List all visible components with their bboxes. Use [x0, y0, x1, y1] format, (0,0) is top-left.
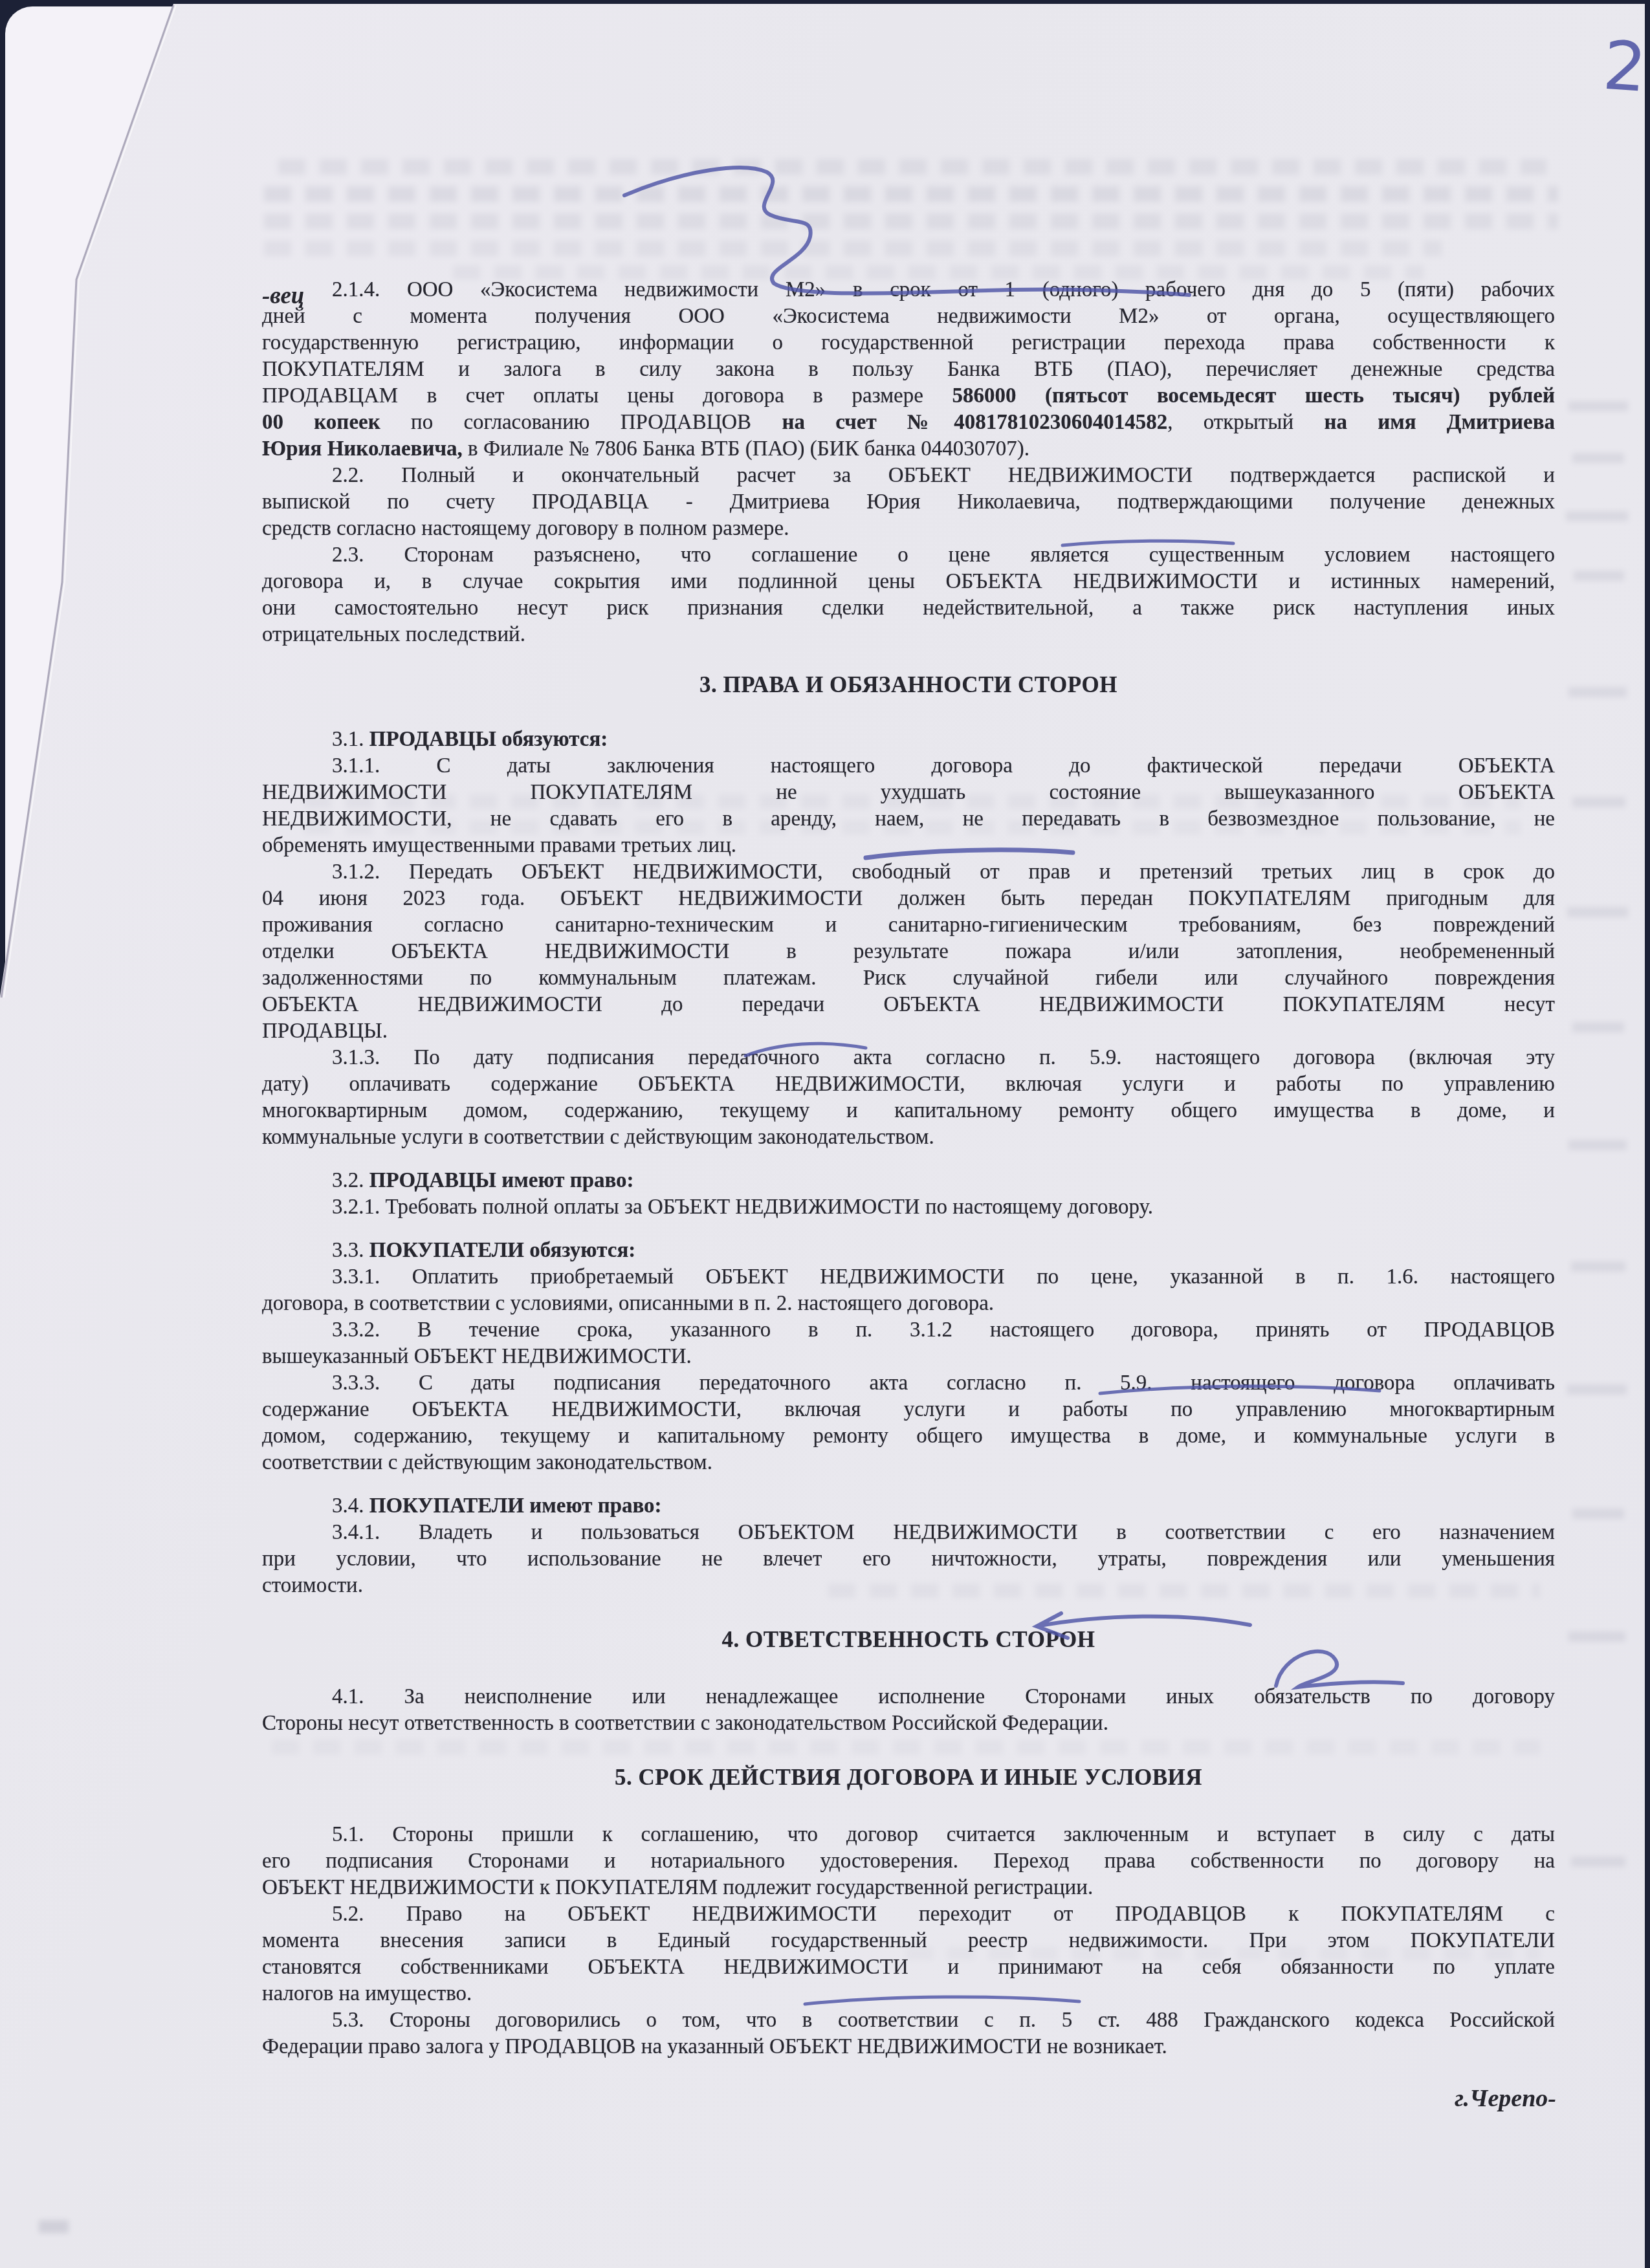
- margin-smudge: [1572, 1509, 1624, 1519]
- margin-smudge: [1572, 453, 1624, 463]
- clause-5-1: 5.1. Стороны пришли к соглашению, что до…: [262, 1822, 1555, 1901]
- margin-smudge: [1568, 401, 1628, 411]
- clause-3-1-3: 3.1.3. По дату подписания передаточного …: [262, 1045, 1555, 1151]
- clause-3-3-3: 3.3.3. С даты подписания передаточного а…: [262, 1370, 1555, 1476]
- clause-3-4-heading: 3.4. ПОКУПАТЕЛИ имеют право:: [262, 1493, 1555, 1520]
- bleed-through-ghost: [264, 241, 1442, 256]
- clause-3-3-2: 3.3.2. В течение срока, указанного в п. …: [262, 1317, 1555, 1370]
- margin-smudge: [1567, 1384, 1627, 1395]
- section-4-heading: 4. ОТВЕТСТВЕННОСТЬ СТОРОН: [262, 1626, 1555, 1653]
- clause-2-1-4: 2.1.4. ООО «Экосистема недвижимости М2» …: [262, 277, 1555, 463]
- bleed-through-ghost: [264, 186, 1558, 202]
- clause-2-2: 2.2. Полный и окончательный расчет за ОБ…: [262, 463, 1555, 542]
- margin-smudge: [1568, 1631, 1625, 1642]
- margin-smudge: [1571, 1857, 1625, 1867]
- bleed-through-ghost: [264, 213, 1558, 229]
- margin-smudge: [1574, 571, 1624, 581]
- clause-4-1: 4.1. За неисполнение или ненадлежащее ис…: [262, 1684, 1555, 1737]
- margin-smudge: [1567, 907, 1628, 917]
- clause-3-3-heading: 3.3. ПОКУПАТЕЛИ обязуются:: [262, 1238, 1555, 1264]
- clause-5-3: 5.3. Стороны договорились о том, что в с…: [262, 2007, 1555, 2060]
- margin-smudge: [39, 2220, 69, 2233]
- clause-3-4-1: 3.4.1. Владеть и пользоваться ОБЪЕКТОМ Н…: [262, 1520, 1555, 1599]
- catchword-bottom: г.Черепо-: [1333, 2084, 1556, 2113]
- handwritten-page-number: 2: [1601, 26, 1649, 107]
- clause-3-3-1: 3.3.1. Оплатить приобретаемый ОБЪЕКТ НЕД…: [262, 1264, 1555, 1317]
- margin-smudge: [1566, 511, 1628, 521]
- margin-smudge: [1568, 1140, 1627, 1150]
- section-3-heading: 3. ПРАВА И ОБЯЗАННОСТИ СТОРОН: [262, 671, 1555, 698]
- clause-3-2-1: 3.2.1. Требовать полной оплаты за ОБЪЕКТ…: [262, 1194, 1555, 1221]
- contract-body: 2.1.4. ООО «Экосистема недвижимости М2» …: [262, 277, 1555, 2060]
- clause-3-1-heading: 3.1. ПРОДАВЦЫ обязуются:: [262, 726, 1555, 753]
- section-5-heading: 5. СРОК ДЕЙСТВИЯ ДОГОВОРА И ИНЫЕ УСЛОВИЯ: [262, 1764, 1555, 1791]
- margin-smudge: [1572, 797, 1625, 807]
- clause-5-2: 5.2. Право на ОБЪЕКТ НЕДВИЖИМОСТИ перехо…: [262, 1901, 1555, 2007]
- margin-smudge: [1572, 1022, 1624, 1032]
- clause-2-3: 2.3. Сторонам разъяснено, что соглашение…: [262, 542, 1555, 648]
- scanned-contract-page: -вец г.Черепо- 2 2.1.4. ООО «Экосистема …: [0, 0, 1650, 2268]
- margin-smudge: [1568, 687, 1627, 697]
- bleed-through-ghost: [278, 159, 1546, 175]
- clause-3-2-heading: 3.2. ПРОДАВЦЫ имеют право:: [262, 1168, 1555, 1194]
- clause-3-1-1: 3.1.1. С даты заключения настоящего дого…: [262, 753, 1555, 859]
- clause-3-1-2: 3.1.2. Передать ОБЪЕКТ НЕДВИЖИМОСТИ, сво…: [262, 859, 1555, 1045]
- margin-smudge: [1571, 1261, 1625, 1272]
